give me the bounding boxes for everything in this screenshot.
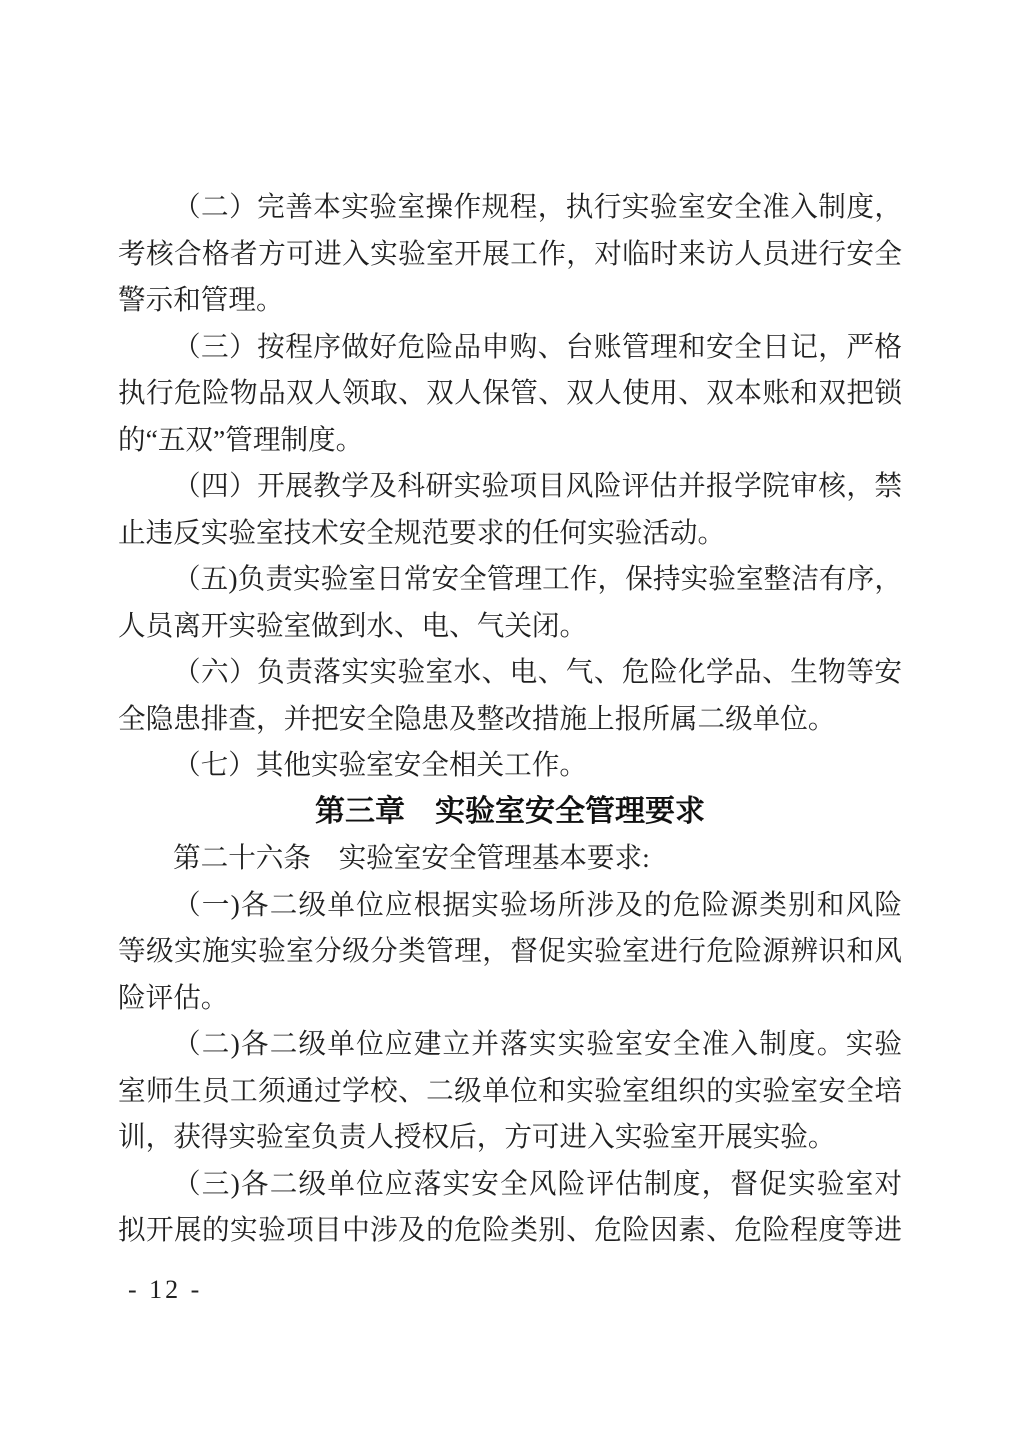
body-text-line: 止违反实验室技术安全规范要求的任何实验活动。 <box>118 510 902 557</box>
body-text-line: （三)各二级单位应落实安全风险评估制度，督促实验室对 <box>118 1161 902 1208</box>
body-text-line: （四）开展教学及科研实验项目风险评估并报学院审核，禁 <box>118 463 902 510</box>
body-text-line: 拟开展的实验项目中涉及的危险类别、危险因素、危险程度等进 <box>118 1207 902 1254</box>
body-text-line: （五)负责实验室日常安全管理工作，保持实验室整洁有序， <box>118 556 902 603</box>
body-text-line: （一)各二级单位应根据实验场所涉及的危险源类别和风险 <box>118 882 902 929</box>
body-text-line: 室师生员工须通过学校、二级单位和实验室组织的实验室安全培 <box>118 1068 902 1115</box>
body-text-line: （六）负责落实实验室水、电、气、危险化学品、生物等安 <box>118 649 902 696</box>
body-text-line: 训，获得实验室负责人授权后，方可进入实验室开展实验。 <box>118 1114 902 1161</box>
body-text-line: 第二十六条 实验室安全管理基本要求: <box>118 835 902 882</box>
body-text-line: （二)各二级单位应建立并落实实验室安全准入制度。实验 <box>118 1021 902 1068</box>
body-text-line: 的“五双”管理制度。 <box>118 417 902 464</box>
body-text-line: 全隐患排查，并把安全隐患及整改措施上报所属二级单位。 <box>118 696 902 743</box>
document-page: （二）完善本实验室操作规程，执行实验室安全准入制度， 考核合格者方可进入实验室开… <box>0 0 1024 1448</box>
body-text-line: 警示和管理。 <box>118 277 902 324</box>
body-text-line: 考核合格者方可进入实验室开展工作，对临时来访人员进行安全 <box>118 231 902 278</box>
body-text-line: 等级实施实验室分级分类管理，督促实验室进行危险源辨识和风 <box>118 928 902 975</box>
body-text-line: （三）按程序做好危险品申购、台账管理和安全日记，严格 <box>118 324 902 371</box>
page-number: - 12 - <box>128 1275 202 1305</box>
chapter-heading: 第三章 实验室安全管理要求 <box>118 789 902 836</box>
body-text-line: （七）其他实验室安全相关工作。 <box>118 742 902 789</box>
body-text-line: 执行危险物品双人领取、双人保管、双人使用、双本账和双把锁 <box>118 370 902 417</box>
body-text-line: 人员离开实验室做到水、电、气关闭。 <box>118 603 902 650</box>
body-text-line: 险评估。 <box>118 975 902 1022</box>
body-text-line: （二）完善本实验室操作规程，执行实验室安全准入制度， <box>118 184 902 231</box>
document-body: （二）完善本实验室操作规程，执行实验室安全准入制度， 考核合格者方可进入实验室开… <box>118 184 902 1254</box>
